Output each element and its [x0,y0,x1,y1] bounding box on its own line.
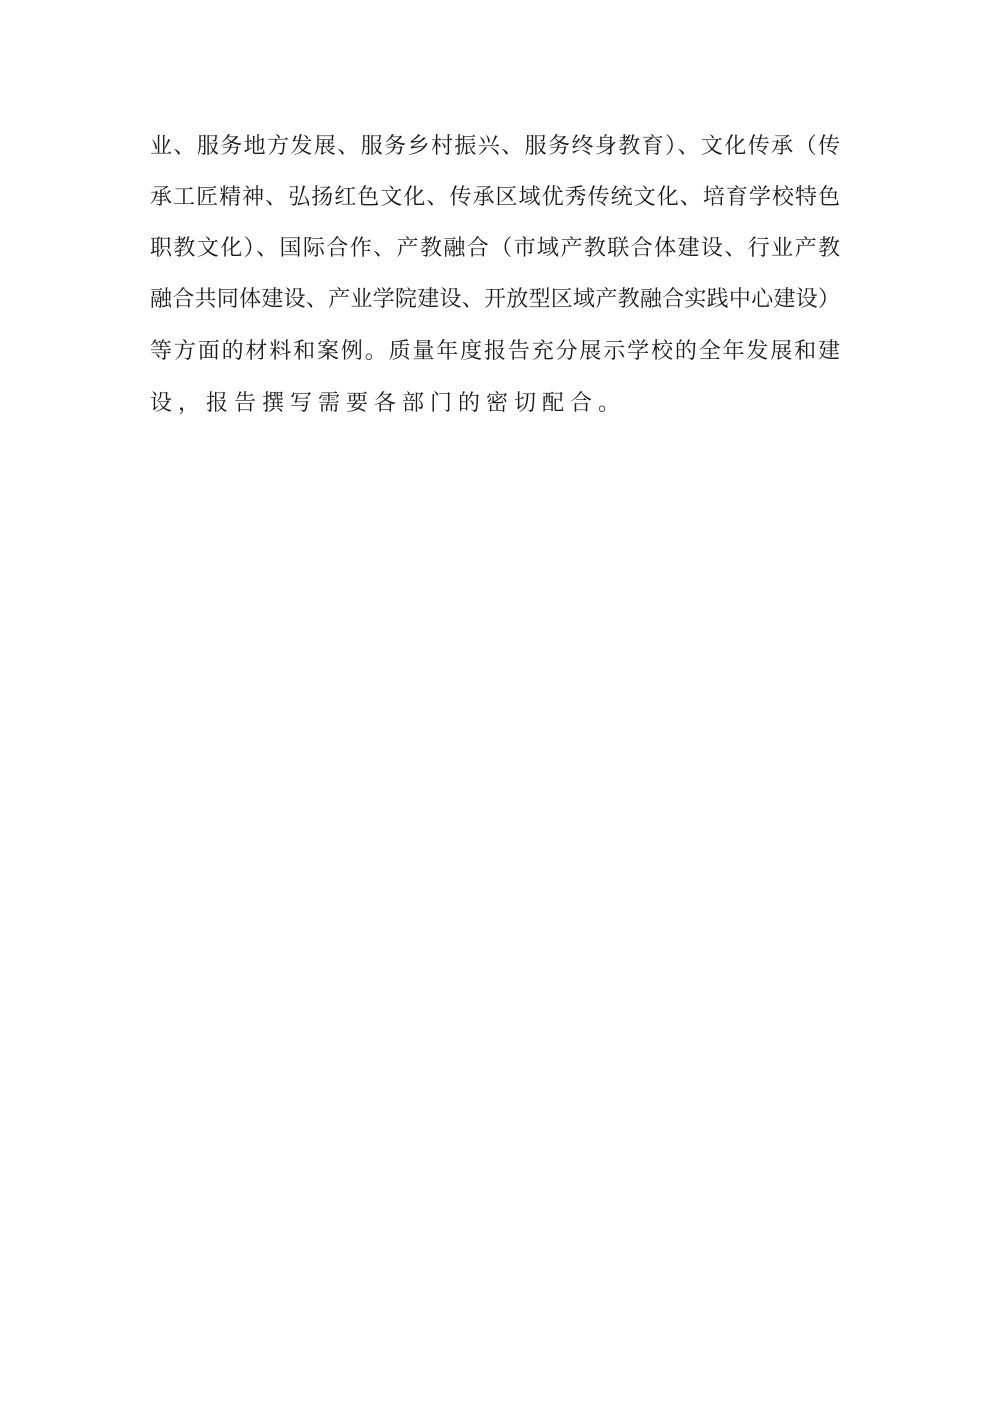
paragraph-line-1: 业、服务地方发展、服务乡村振兴、服务终身教育）、文化传承（传 [150,134,840,160]
paragraph-line-3: 职教文化）、国际合作、产教融合（市域产教联合体建设、行业产教 [150,236,840,262]
paragraph-line-5: 等方面的材料和案例。质量年度报告充分展示学校的全年发展和建 [150,339,840,365]
paragraph-line-6: 设，报告撰写需要各部门的密切配合。 [150,391,626,417]
paragraph-line-4: 融合共同体建设、产业学院建设、开放型区域产教融合实践中心建设） [150,287,840,313]
document-page: 业、服务地方发展、服务乡村振兴、服务终身教育）、文化传承（传 承工匠精神、弘扬红… [0,0,992,1403]
paragraph-line-2: 承工匠精神、弘扬红色文化、传承区域优秀传统文化、培育学校特色 [150,185,840,211]
